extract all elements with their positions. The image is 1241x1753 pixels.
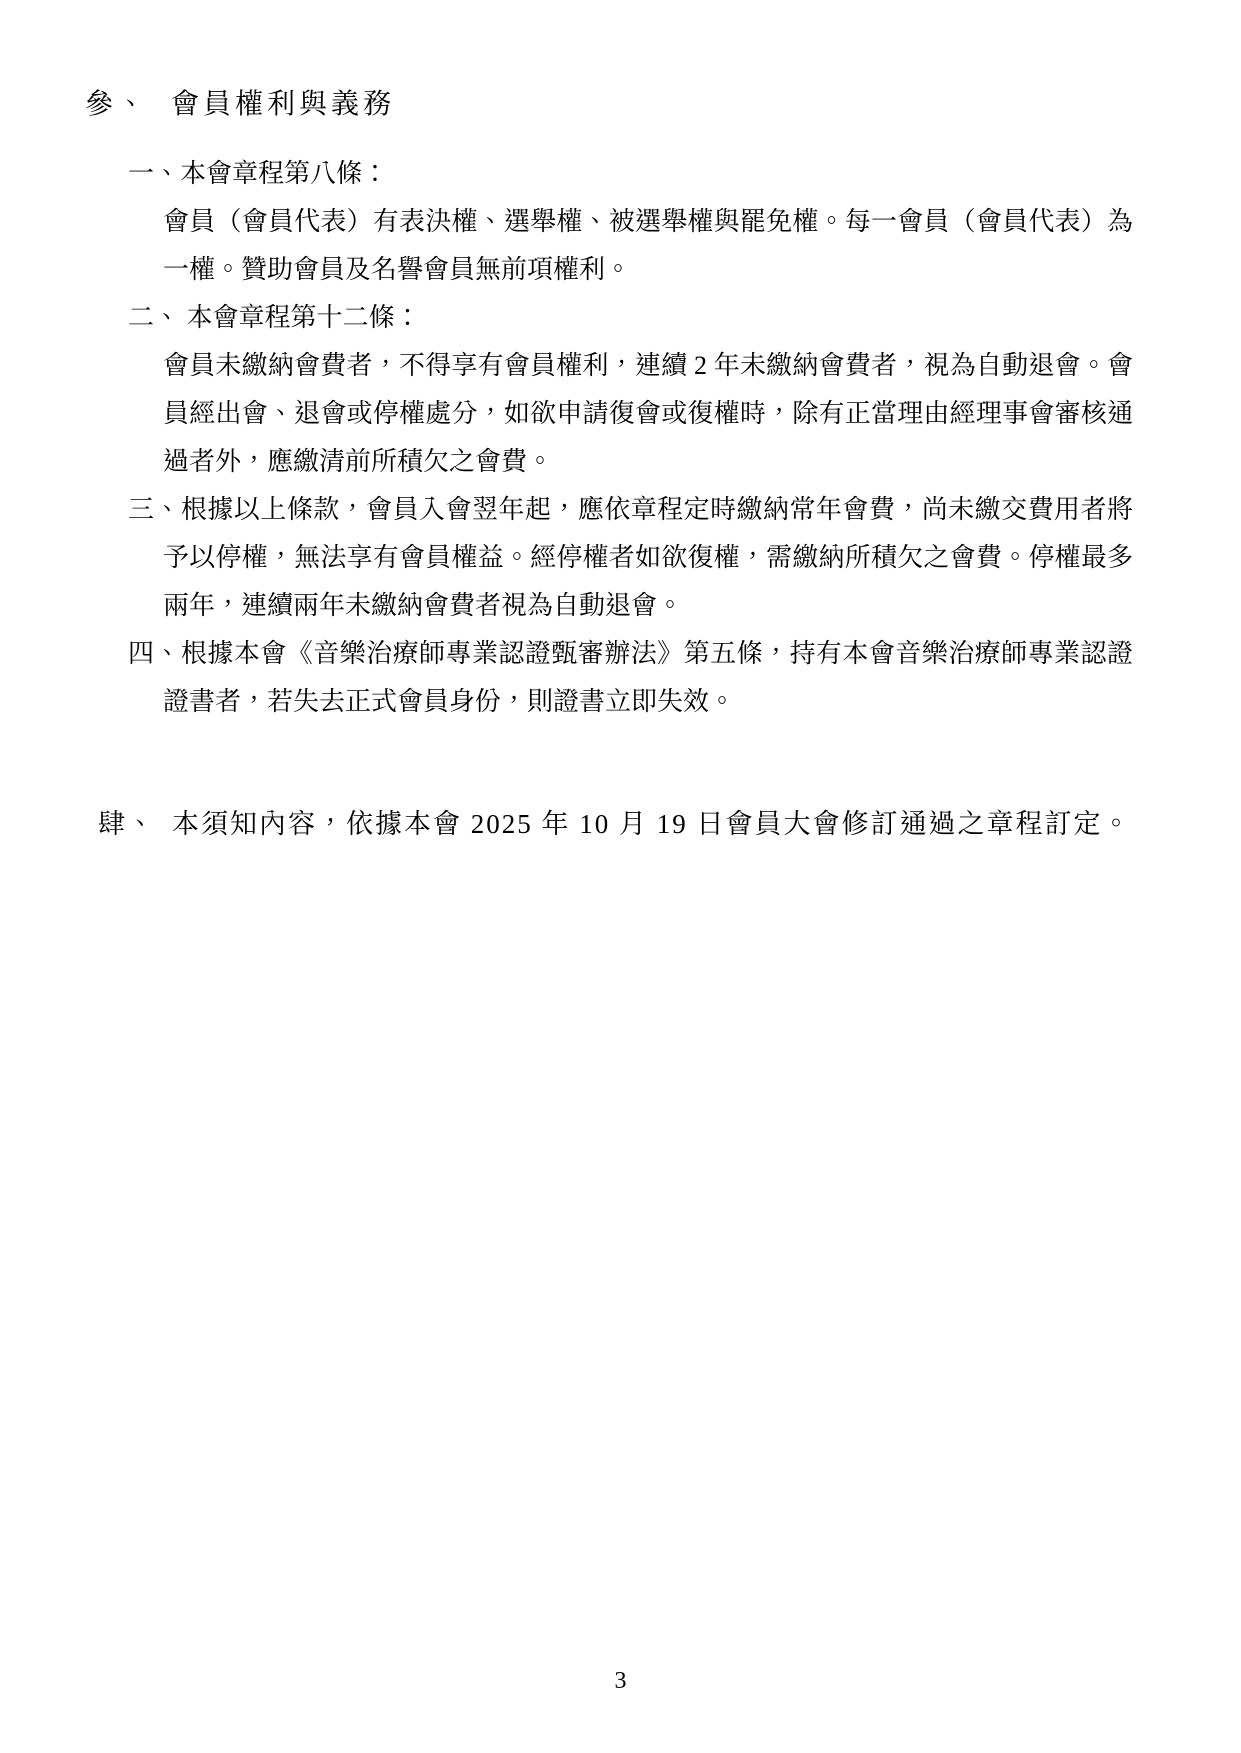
list-item: 一、本會章程第八條： 會員（會員代表）有表決權、選舉權、被選舉權與罷免權。每一會…: [128, 150, 1133, 294]
item-body: 根據本會《音樂治療師專業認證甄審辦法》第五條，持有本會音樂治療師專業認證證書者，…: [163, 639, 1133, 716]
item-number: 一、: [128, 159, 180, 188]
section-heading-title: 會員權利與義務: [171, 89, 395, 120]
item-body: 會員（會員代表）有表決權、選舉權、被選舉權與罷免權。每一會員（會員代表）為一權。…: [163, 198, 1133, 294]
item-heading-line: 一、本會章程第八條：: [128, 150, 1133, 198]
closing-statement: 肆、本須知內容，依據本會 2025 年 10 月 19 日會員大會修訂通過之章程…: [98, 800, 1178, 848]
item-body: 根據以上條款，會員入會翌年起，應依章程定時繳納常年會費，尚未繳交費用者將予以停權…: [163, 495, 1133, 620]
list-item: 四、根據本會《音樂治療師專業認證甄審辦法》第五條，持有本會音樂治療師專業認證證書…: [128, 630, 1133, 726]
closing-text: 本須知內容，依據本會 2025 年 10 月 19 日會員大會修訂通過之章程訂定…: [172, 809, 1132, 839]
section-heading: 參、會員權利與義務: [85, 82, 395, 122]
item-number: 四、: [128, 639, 181, 668]
list-item: 二、 本會章程第十二條： 會員未繳納會費者，不得享有會員權利，連續 2 年未繳納…: [128, 294, 1133, 486]
item-label: 本會章程第八條：: [180, 159, 388, 188]
page-number: 3: [0, 1668, 1241, 1695]
item-number: 二、: [128, 303, 180, 332]
document-page: 參、會員權利與義務 一、本會章程第八條： 會員（會員代表）有表決權、選舉權、被選…: [0, 0, 1241, 1753]
item-heading-line: 二、 本會章程第十二條：: [128, 294, 1133, 342]
item-body: 會員未繳納會費者，不得享有會員權利，連續 2 年未繳納會費者，視為自動退會。會員…: [163, 342, 1133, 486]
item-label: 本會章程第十二條：: [180, 303, 421, 332]
section-heading-marker: 參、: [85, 89, 149, 120]
ordered-list: 一、本會章程第八條： 會員（會員代表）有表決權、選舉權、被選舉權與罷免權。每一會…: [128, 150, 1133, 726]
closing-marker: 肆、: [98, 809, 156, 839]
list-item: 三、根據以上條款，會員入會翌年起，應依章程定時繳納常年會費，尚未繳交費用者將予以…: [128, 486, 1133, 630]
item-number: 三、: [128, 495, 181, 524]
